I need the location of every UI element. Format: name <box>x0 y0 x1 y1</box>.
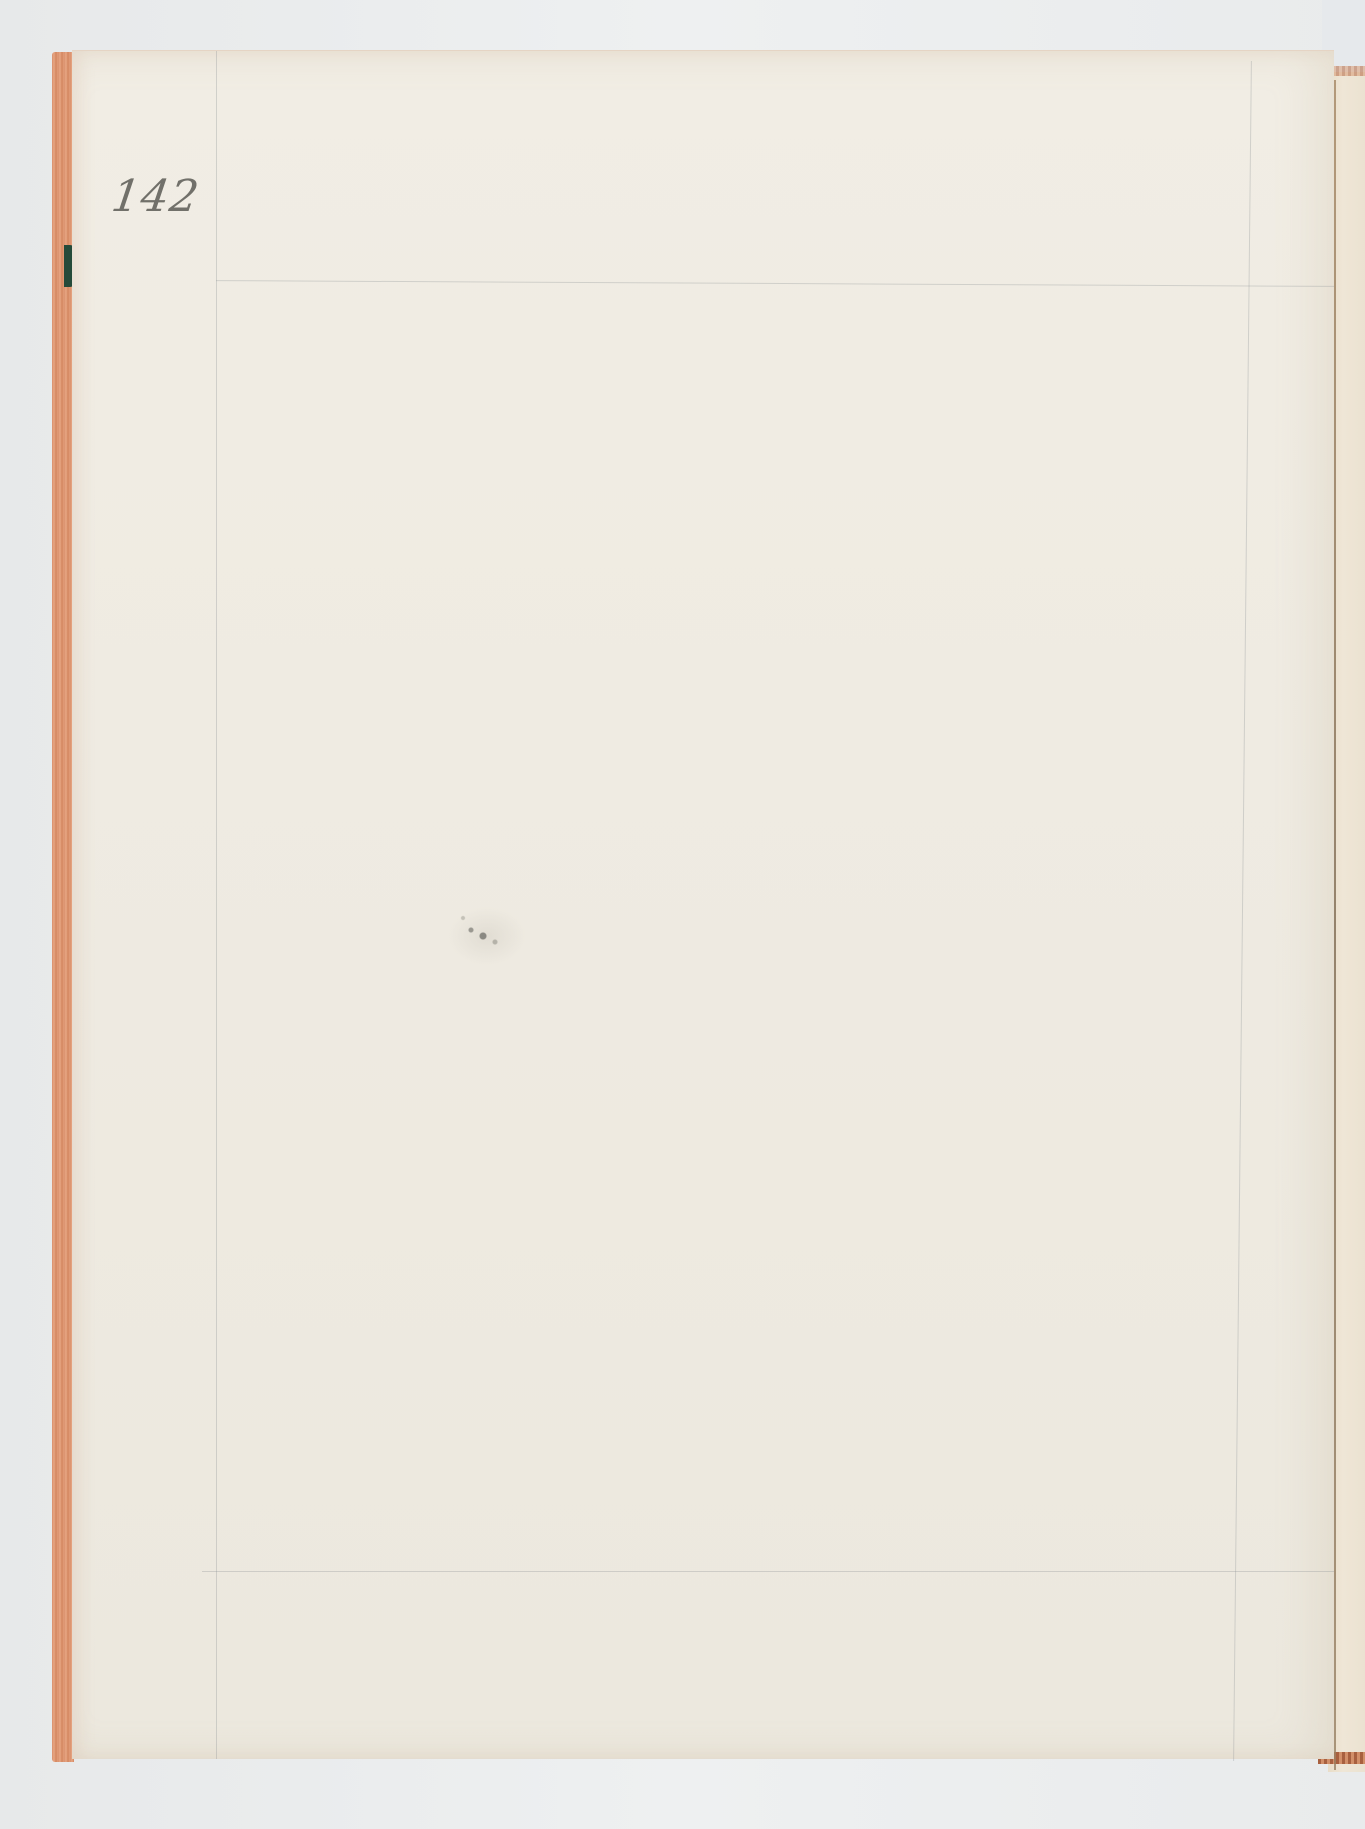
page-block-edge <box>52 52 74 1762</box>
margin-rule-top <box>216 280 1334 287</box>
ink-speckle-stain <box>447 906 527 966</box>
notebook-page: 142 <box>72 50 1334 1759</box>
margin-rule-right <box>1233 61 1252 1761</box>
page-number: 142 <box>108 171 202 222</box>
margin-rule-bottom <box>202 1571 1334 1572</box>
spine-crease <box>1334 80 1336 1770</box>
margin-rule-left <box>216 51 217 1759</box>
